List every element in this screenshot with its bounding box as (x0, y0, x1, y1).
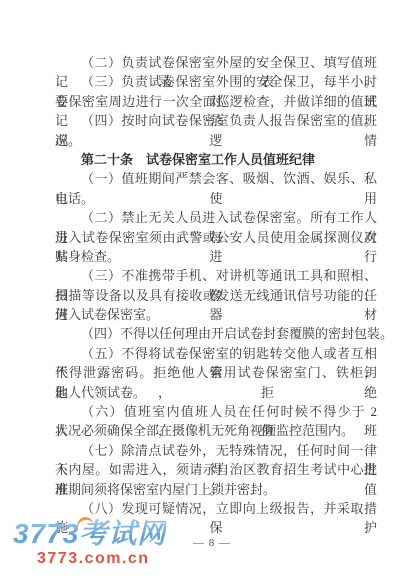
text-line: （八）发现可疑情况，立即向上级报告，并采取措施保护 (55, 499, 377, 518)
text-line: 入内屋。如需进入，须请示自治区教育招生考试中心批准。值 (55, 460, 377, 479)
watermark-url-text: 3773.com.cn (37, 550, 166, 568)
text-line: 卷保密室周边进行一次全面巡逻检查，并做详细的值班记录。 (55, 92, 377, 111)
text-line: （二）负责试卷保密室外屋的安全保卫、填写值班记录表。 (55, 53, 377, 72)
text-line: （二）禁止无关人员进入试卷保密室。所有工作人员每次 (55, 208, 377, 227)
text-line: 不得泄露密码。拒绝他人索用试卷保密室门、铁柜钥匙，拒绝 (55, 363, 377, 382)
text-line: 状况必须确保全部在摄像机无死角视频监控范围内。 (55, 421, 377, 440)
site-watermark: 3773考试网 3773.com.cn (13, 519, 166, 568)
text-line: （四）不得以任何理由开启试卷封套覆膜的密封包装。 (55, 324, 377, 343)
document-text-block: （二）负责试卷保密室外屋的安全保卫、填写值班记录表。 （三）负责试卷保密室外围的… (55, 53, 377, 518)
text-line: 扫描等设备以及具有接收或发送无线通讯信号功能的任何器材 (55, 286, 377, 305)
text-line: （五）不得将试卷保密室的钥匙转交他人或者互相代管， (55, 344, 377, 363)
text-line: 进入试卷保密室须由武警或公安人员使用金属探测仪对其进行 (55, 228, 377, 247)
text-line: （三）不准携带手机、对讲机等通讯工具和照相、摄像、 (55, 266, 377, 285)
article-heading: 第二十条 试卷保密室工作人员值班纪律 (55, 150, 377, 169)
page-number: — 8 — (188, 537, 236, 549)
text-line: （四）按时向试卷保密室负责人报告保密室的值班巡逻情 (55, 111, 377, 130)
scanned-document-page: （二）负责试卷保密室外屋的安全保卫、填写值班记录表。 （三）负责试卷保密室外围的… (0, 0, 414, 585)
text-line: （六）值班室内值班人员在任何时候不得少于 2 人，值班 (55, 402, 377, 421)
text-line: （七）除清点试卷外，无特殊情况，任何时间一律不得进 (55, 441, 377, 460)
text-line: （一）值班期间严禁会客、吸烟、饮酒、娱乐、私自使用 (55, 169, 377, 188)
text-line: （三）负责试卷保密室外围的安全保卫，每半小时要对试 (55, 72, 377, 91)
